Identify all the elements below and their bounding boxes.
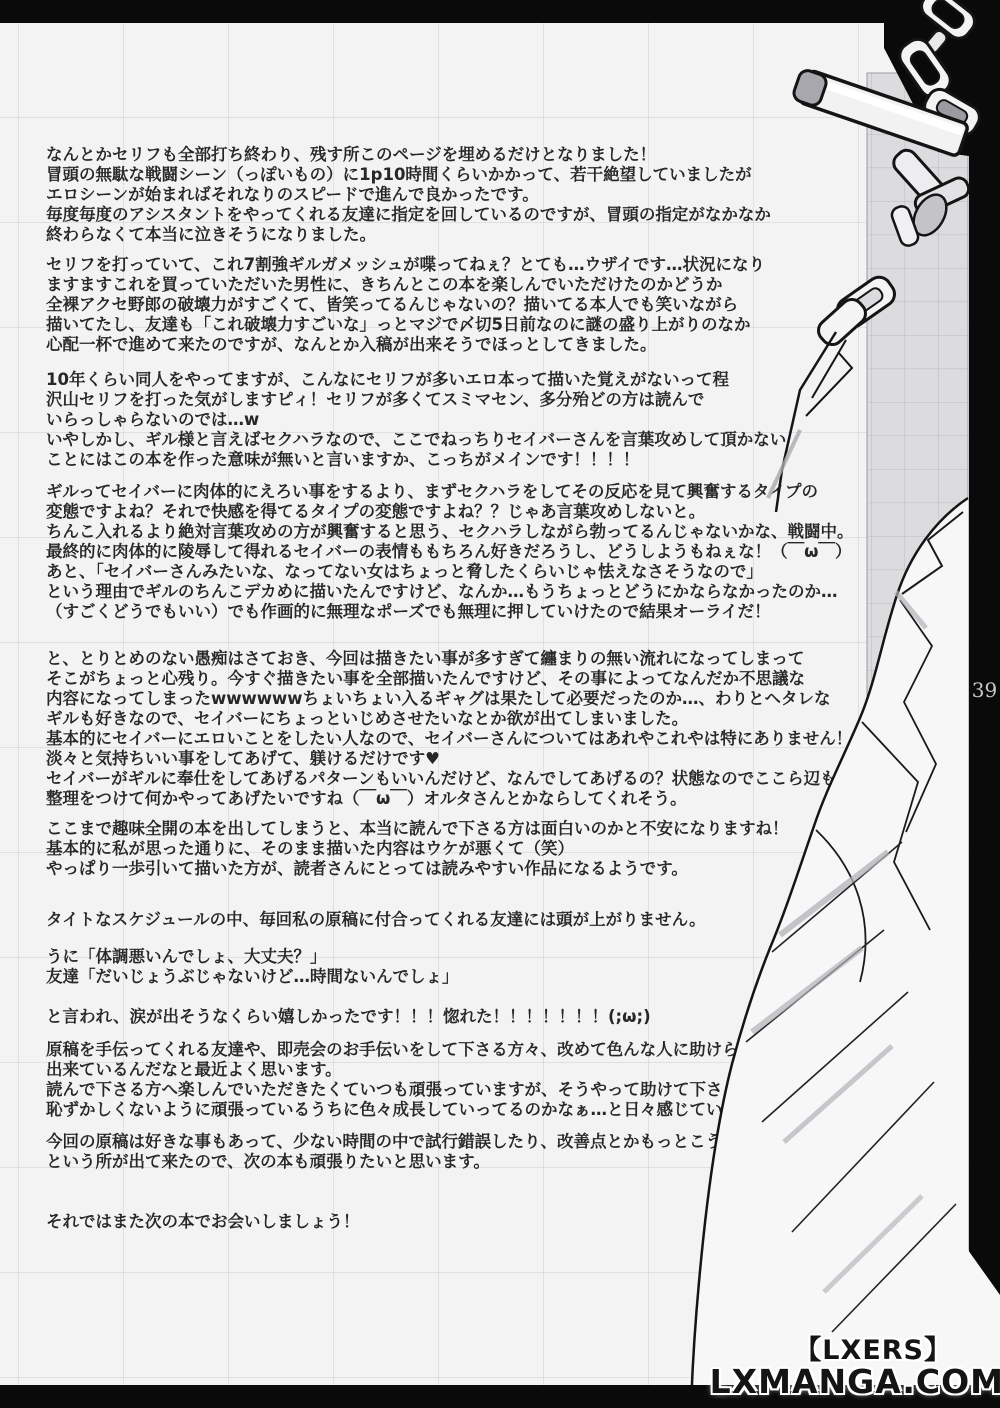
afterword-paragraph-11: 今回の原稿は好きな事もあって、少ない時間の中で試行錯誤したり、改善点とかもっとこ… [46, 1132, 856, 1172]
afterword-paragraph-5: と、とりとめのない愚痴はさておき、今回は描きたい事が多すぎて纏まりの無い流れにな… [46, 649, 856, 809]
afterword-dialog: うに「体調悪いんでしょ、大丈夫？」 友達「だいじょうぶじゃないけど…時間ないんで… [46, 947, 856, 987]
doujin-afterword-page: なんとかセリフも全部打ち終わり、残す所このページを埋めるだけとなりました！ 冒頭… [0, 0, 1000, 1408]
afterword-paragraph-10: 原稿を手伝ってくれる友達や、即売会のお手伝いをして下さる方々、改めて色んな人に助… [46, 1040, 856, 1120]
afterword-paragraph-3: 10年くらい同人をやってますが、こんなにセリフが多いエロ本って描いた覚えがないっ… [46, 370, 856, 470]
afterword-paragraph-7: タイトなスケジュールの中、毎回私の原稿に付合ってくれる友達には頭が上がりません。 [46, 910, 856, 930]
afterword-paragraph-2: セリフを打っていて、これ7割強ギルガメッシュが喋ってねぇ？とても…ウザイです…状… [46, 255, 856, 355]
watermark: 【LXERS】 LXMANGA.COM [710, 1337, 1000, 1400]
afterword-paragraph-9: と言われ、涙が出そうなくらい嬉しかったです！！！惚れた！！！！！！！(;ω;) [46, 1007, 856, 1027]
page-number: 39 [969, 678, 1000, 702]
afterword-paragraph-1: なんとかセリフも全部打ち終わり、残す所このページを埋めるだけとなりました！ 冒頭… [46, 145, 856, 245]
afterword-text: なんとかセリフも全部打ち終わり、残す所このページを埋めるだけとなりました！ 冒頭… [46, 145, 856, 1232]
afterword-closing-line: それではまた次の本でお会いしましょう！ [46, 1212, 856, 1232]
afterword-paragraph-6: ここまで趣味全開の本を出してしまうと、本当に読んで下さる方は面白いのかと不安にな… [46, 819, 856, 879]
afterword-paragraph-4: ギルってセイバーに肉体的にえろい事をするより、まずセクハラをしてその反応を見て興… [46, 482, 856, 622]
watermark-lxmanga: LXMANGA.COM [710, 1365, 1000, 1400]
